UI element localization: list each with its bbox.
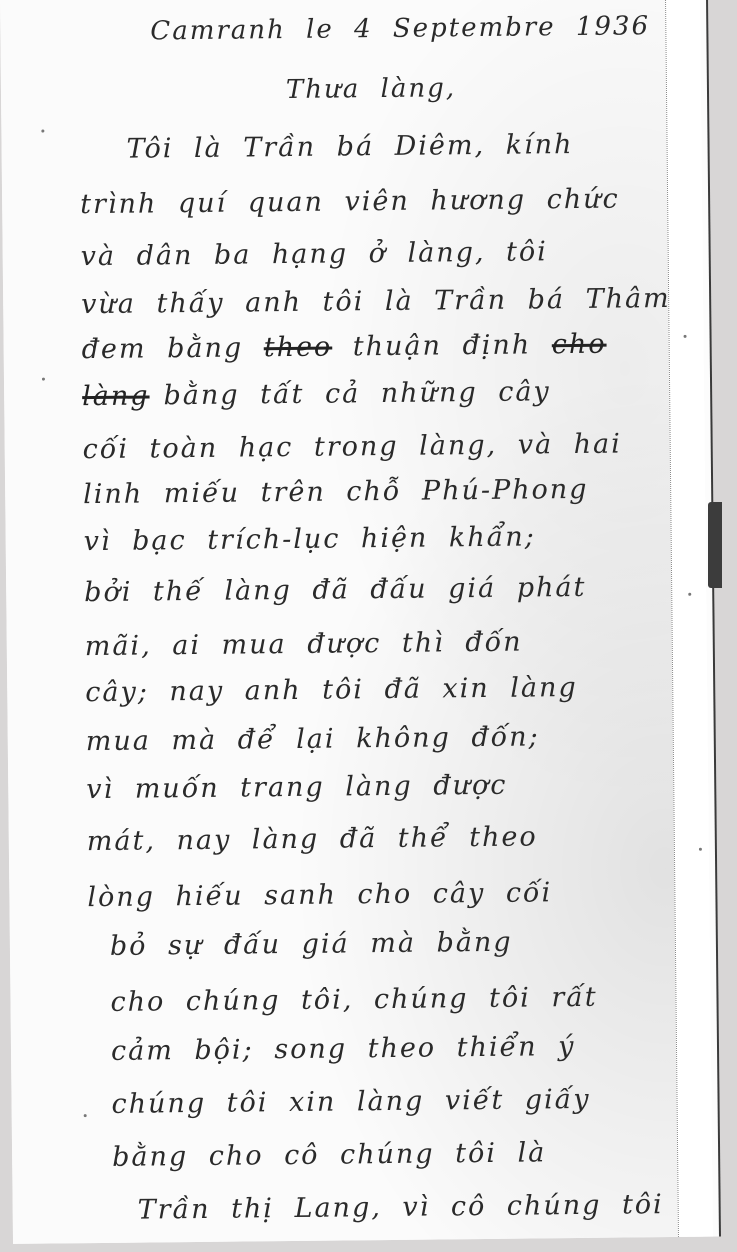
body-line: linh miếu trên chỗ Phú-Phong	[83, 474, 589, 510]
struck-word: làng	[82, 380, 150, 412]
body-line: trình quí quan viên hương chức	[80, 184, 620, 221]
body-line: lòng hiếu sanh cho cây cối	[87, 877, 552, 913]
scan-speck	[84, 1114, 87, 1117]
struck-word: theo	[264, 332, 333, 364]
body-line: cây; nay anh tôi đã xin làng	[85, 672, 578, 708]
body-line: bỏ sự đấu giá mà bằng	[110, 927, 513, 962]
letter-page: Camranh le 4 Septembre 1936 Thưa làng, T…	[0, 0, 721, 1244]
body-line: mua mà để lại không đốn;	[86, 721, 540, 757]
scan-speck	[684, 335, 687, 338]
letter-salutation: Thưa làng,	[286, 73, 456, 105]
handwritten-letter: Camranh le 4 Septembre 1936 Thưa làng, T…	[0, 0, 703, 1244]
scan-speck	[42, 378, 45, 381]
body-line: Trần thị Lang, vì cô chúng tôi	[138, 1189, 664, 1226]
body-line: Tôi là Trần bá Diêm, kính	[126, 129, 573, 165]
scan-speck	[41, 130, 44, 133]
scan-speck	[688, 593, 691, 596]
body-line: bằng cho cô chúng tôi là	[112, 1137, 546, 1173]
body-line: mãi, ai mua được thì đốn	[85, 627, 523, 663]
body-line: bởi thế làng đã đấu giá phát	[84, 572, 586, 608]
struck-word: cho	[552, 329, 607, 361]
body-line-with-strikes: làngbằng tất cả những cây	[82, 376, 551, 412]
letter-date-line: Camranh le 4 Septembre 1936	[150, 11, 650, 46]
body-line: cảm bội; song theo thiển ý	[111, 1031, 576, 1067]
body-line: vì muốn trang làng được	[86, 770, 507, 805]
scan-background: Camranh le 4 Septembre 1936 Thưa làng, T…	[0, 0, 737, 1252]
body-line: vừa thấy anh tôi là Trần bá Thâm	[81, 283, 671, 320]
body-line: và dân ba hạng ở làng, tôi	[81, 236, 548, 272]
scan-edge-shadow	[708, 502, 722, 588]
body-text: bằng tất cả những cây	[163, 376, 550, 411]
body-line: chúng tôi xin làng viết giấy	[111, 1084, 590, 1120]
scan-speck	[699, 848, 702, 851]
body-line: vì bạc trích-lục hiện khẩn;	[84, 521, 536, 557]
body-line: mát, nay làng đã thể theo	[87, 821, 538, 857]
body-line: cho chúng tôi, chúng tôi rất	[110, 982, 598, 1018]
body-text: thuận định	[332, 329, 552, 362]
body-line-with-strikes: đem bằng theo thuận định cho	[82, 329, 607, 365]
body-line: cối toàn hạc trong làng, và hai	[83, 429, 622, 466]
body-text: đem bằng	[82, 332, 264, 365]
